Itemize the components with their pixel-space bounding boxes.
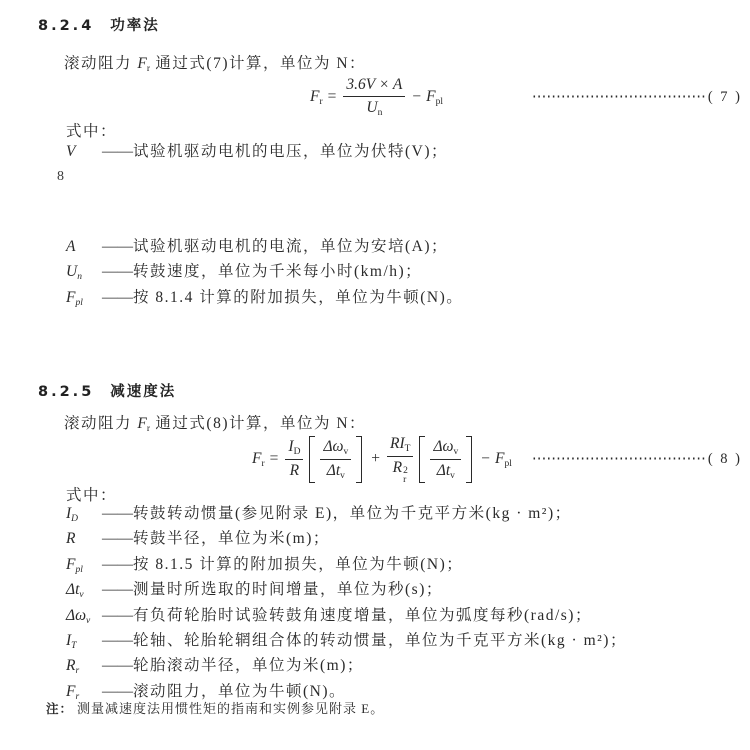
section-824-defs-bottom: A —— 试验机驱动电机的电流，单位为安培(A)； Un —— 转鼓速度，单位为…	[66, 234, 750, 310]
definition-row-Un: Un —— 转鼓速度，单位为千米每小时(km/h)；	[66, 259, 750, 284]
def-dash: ——	[102, 581, 133, 599]
equation-8-leader: ⋯⋯⋯⋯⋯⋯⋯⋯⋯⋯⋯⋯ ( 8 )	[532, 451, 750, 468]
eq8-frac1-den: R	[290, 460, 299, 480]
symbol-Fr: F	[137, 415, 146, 432]
eq8-lhs: Fr	[252, 450, 265, 469]
eq8-frac2-den: R2r	[393, 457, 408, 484]
left-bracket	[309, 436, 315, 483]
section-824-where-label: 式中：	[66, 119, 117, 141]
def-dash: ——	[102, 632, 133, 650]
def-desc: 转鼓半径，单位为米(m)；	[133, 526, 330, 548]
def-term: Un	[66, 263, 102, 282]
definition-row-Fpl: Fpl —— 按 8.1.4 计算的附加损失，单位为牛顿(N)。	[66, 285, 750, 310]
def-desc: 按 8.1.5 计算的附加损失，单位为牛顿(N)；	[133, 552, 463, 574]
intro-pre-text: 滚动阻力	[64, 55, 137, 72]
section-824-title: 功率法	[110, 14, 160, 35]
def-term: Rr	[66, 657, 102, 676]
eq7-fraction: 3.6V × A Un	[343, 76, 405, 118]
def-term: Fpl	[66, 556, 102, 575]
def-desc: 轮胎滚动半径，单位为米(m)；	[133, 653, 364, 675]
definition-row-ID: ID —— 转鼓转动惯量(参见附录 E)，单位为千克平方米(kg · m²)；	[66, 501, 750, 526]
symbol-Fr: F	[137, 55, 146, 72]
def-dash: ——	[102, 238, 133, 256]
right-bracket	[466, 436, 472, 483]
section-824-defs-top: V —— 试验机驱动电机的电压，单位为伏特(V)；	[66, 139, 750, 164]
definition-row-dwv: Δωv —— 有负荷轮胎时试验转鼓角速度增量，单位为弧度每秒(rad/s)；	[66, 603, 750, 628]
document-page: 8.2.4 功率法 滚动阻力 Fr 通过式(7)计算，单位为 N： Fr = 3…	[0, 0, 750, 750]
intro-pre-text: 滚动阻力	[64, 415, 137, 432]
def-dash: ——	[102, 530, 133, 548]
def-dash: ——	[102, 657, 133, 675]
eq8-bracket2-fraction: Δωv Δtv	[427, 436, 464, 483]
equation-7-leader: ⋯⋯⋯⋯⋯⋯⋯⋯⋯⋯⋯⋯ ( 7 )	[532, 89, 750, 106]
def-desc: 转鼓速度，单位为千米每小时(km/h)；	[133, 259, 422, 281]
eq8-plus: +	[371, 450, 380, 468]
eq8-fraction-2: RIT R2r	[387, 435, 413, 484]
eq7-tail: Fpl	[426, 88, 443, 107]
def-desc: 按 8.1.4 计算的附加损失，单位为牛顿(N)。	[133, 285, 463, 307]
right-bracket	[356, 436, 362, 483]
def-dash: ——	[102, 556, 133, 574]
eq7-minus: −	[412, 88, 421, 106]
def-dash: ——	[102, 263, 133, 281]
eq7-dots: ⋯⋯⋯⋯⋯⋯⋯⋯⋯⋯⋯⋯	[532, 89, 706, 106]
eq8-bracket-1: Δωv Δtv	[309, 436, 362, 483]
def-term: A	[66, 238, 102, 257]
definition-row-Rr: Rr —— 轮胎滚动半径，单位为米(m)；	[66, 653, 750, 678]
note-line: 注： 测量减速度法用惯性矩的指南和实例参见附录 E。	[46, 698, 384, 717]
definition-row-R: R —— 转鼓半径，单位为米(m)；	[66, 526, 750, 551]
section-825-defs: ID —— 转鼓转动惯量(参见附录 E)，单位为千克平方米(kg · m²)； …	[66, 501, 750, 704]
eq8-dots: ⋯⋯⋯⋯⋯⋯⋯⋯⋯⋯⋯⋯	[532, 451, 706, 468]
eq8-minus: −	[481, 450, 490, 468]
def-term: R	[66, 530, 102, 549]
definition-row-V: V —— 试验机驱动电机的电压，单位为伏特(V)；	[66, 139, 750, 164]
def-dash: ——	[102, 607, 133, 625]
def-term: IT	[66, 632, 102, 651]
def-term: ID	[66, 505, 102, 524]
section-825-title: 减速度法	[110, 380, 176, 401]
def-dash: ——	[102, 505, 133, 523]
eq8-frac1-num: ID	[285, 438, 303, 460]
definition-row-dtv: Δtv —— 测量时所选取的时间增量，单位为秒(s)；	[66, 577, 750, 602]
def-dash: ——	[102, 289, 133, 307]
def-desc: 轮轴、轮胎轮辋组合体的转动惯量，单位为千克平方米(kg · m²)；	[133, 628, 627, 650]
eq7-equals: =	[328, 88, 337, 106]
equation-7: Fr = 3.6V × A Un − Fpl	[310, 76, 443, 118]
section-824-number: 8.2.4	[38, 18, 94, 34]
section-825-number: 8.2.5	[38, 384, 94, 400]
def-term: V	[66, 143, 102, 162]
section-825-intro: 滚动阻力 Fr 通过式(8)计算，单位为 N：	[64, 411, 366, 434]
definition-row-IT: IT —— 轮轴、轮胎轮辋组合体的转动惯量，单位为千克平方米(kg · m²)；	[66, 628, 750, 653]
eq8-bracket1-fraction: Δωv Δtv	[317, 436, 354, 483]
section-825-heading: 8.2.5 减速度法	[38, 380, 176, 401]
eq8-tail: Fpl	[495, 450, 512, 469]
eq8-frac2-num: RIT	[387, 435, 413, 457]
section-824-heading: 8.2.4 功率法	[38, 14, 160, 35]
intro-post-text: 通过式(7)计算，单位为 N：	[150, 55, 366, 72]
definition-row-Fpl: Fpl —— 按 8.1.5 计算的附加损失，单位为牛顿(N)；	[66, 552, 750, 577]
equation-8-row: Fr = ID R Δωv Δtv + RIT R2r	[0, 433, 750, 485]
eq7-numerator: 3.6V × A	[343, 76, 405, 97]
note-text: 测量减速度法用惯性矩的指南和实例参见附录 E。	[77, 698, 384, 717]
eq8-equals: =	[270, 450, 279, 468]
def-desc: 转鼓转动惯量(参见附录 E)，单位为千克平方米(kg · m²)；	[133, 501, 572, 523]
def-desc: 有负荷轮胎时试验转鼓角速度增量，单位为弧度每秒(rad/s)；	[133, 603, 592, 625]
def-term: Fpl	[66, 289, 102, 308]
def-dash: ——	[102, 143, 133, 161]
intro-post-text: 通过式(8)计算，单位为 N：	[150, 415, 366, 432]
def-desc: 试验机驱动电机的电压，单位为伏特(V)；	[133, 139, 448, 161]
eq8-number-tag: ( 8 )	[708, 451, 742, 468]
left-bracket	[419, 436, 425, 483]
eq7-denominator: Un	[366, 97, 382, 118]
page-number: 8	[57, 169, 64, 185]
eq8-fraction-1: ID R	[285, 438, 303, 480]
eq7-number-tag: ( 7 )	[708, 89, 742, 106]
eq8-bracket-2: Δωv Δtv	[419, 436, 472, 483]
def-term: Δtv	[66, 581, 102, 600]
note-label: 注：	[46, 699, 73, 717]
definition-row-A: A —— 试验机驱动电机的电流，单位为安培(A)；	[66, 234, 750, 259]
def-desc: 测量时所选取的时间增量，单位为秒(s)；	[133, 577, 443, 599]
def-term: Δωv	[66, 607, 102, 626]
equation-8: Fr = ID R Δωv Δtv + RIT R2r	[252, 435, 512, 484]
equation-7-row: Fr = 3.6V × A Un − Fpl ⋯⋯⋯⋯⋯⋯⋯⋯⋯⋯⋯⋯ ( 7 …	[0, 74, 750, 120]
eq7-lhs: Fr	[310, 88, 323, 107]
def-desc: 试验机驱动电机的电流，单位为安培(A)；	[133, 234, 448, 256]
section-824-intro: 滚动阻力 Fr 通过式(7)计算，单位为 N：	[64, 51, 366, 74]
